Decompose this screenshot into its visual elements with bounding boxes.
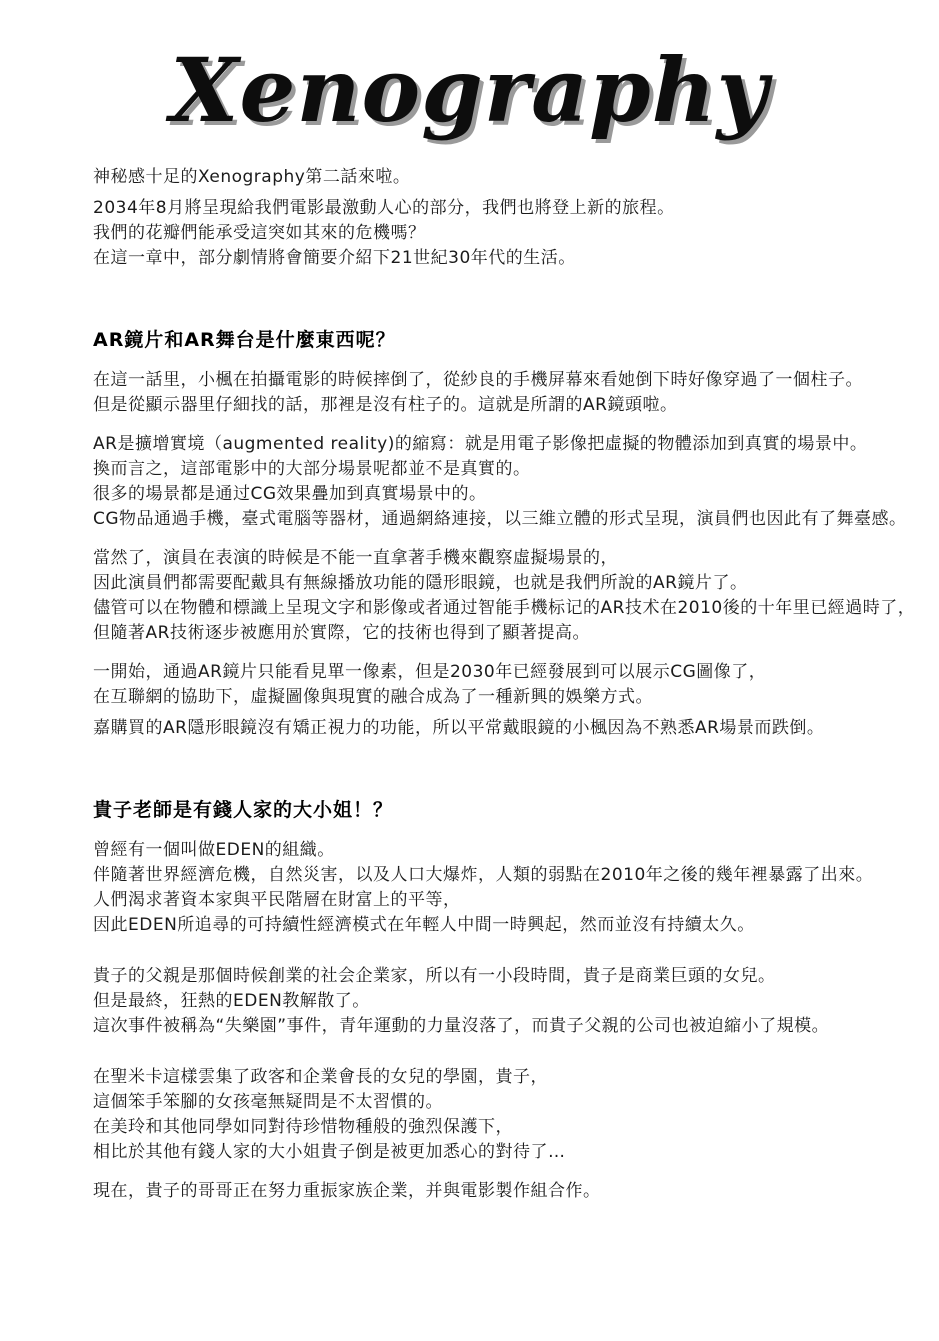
text-line: 因此演員們都需要配戴具有無線播放功能的隱形眼鏡，也就是我們所說的AR鏡片了。 xyxy=(93,571,903,596)
text-line: 在聖米卡這樣雲集了政客和企業會長的女兒的學園，貴子， xyxy=(93,1065,903,1090)
text-line: 但隨著AR技術逐步被應用於實際，它的技術也得到了顯著提高。 xyxy=(93,621,903,646)
page-title: Xenography xyxy=(0,42,939,139)
paragraph: AR是擴增實境（augmented reality)的縮寫：就是用電子影像把虛擬… xyxy=(93,432,903,532)
text-line: 貴子的父親是那個時候創業的社会企業家，所以有一小段時間，貴子是商業巨頭的女兒。 xyxy=(93,964,903,989)
text-line: CG物品通過手機，臺式電腦等器材，通過網絡連接，以三維立體的形式呈現，演員們也因… xyxy=(93,507,903,532)
paragraph: 嘉購買的AR隱形眼鏡沒有矯正視力的功能，所以平常戴眼鏡的小楓因為不熟悉AR場景而… xyxy=(93,716,903,741)
paragraph: 曾經有一個叫做EDEN的組織。 伴隨著世界經濟危機，自然災害，以及人口大爆炸，人… xyxy=(93,838,903,938)
text-line: 神秘感十足的Xenography第二話來啦。 xyxy=(93,165,903,190)
text-line: 但是從顯示器里仔細找的話，那裡是沒有柱子的。這就是所謂的AR鏡頭啦。 xyxy=(93,393,903,418)
text-line: 2034年8月將呈現給我們電影最激動人心的部分，我們也將登上新的旅程。 xyxy=(93,196,903,221)
text-line: 在這一話里，小楓在拍攝電影的時候摔倒了，從紗良的手機屏幕來看她倒下時好像穿過了一… xyxy=(93,368,903,393)
intro-paragraph: 2034年8月將呈現給我們電影最激動人心的部分，我們也將登上新的旅程。 我們的花… xyxy=(93,196,903,271)
text-line: 在互聯網的協助下，虛擬圖像與現實的融合成為了一種新興的娛樂方式。 xyxy=(93,685,903,710)
text-line: 人們渴求著資本家與平民階層在財富上的平等， xyxy=(93,888,903,913)
text-line: 嘉購買的AR隱形眼鏡沒有矯正視力的功能，所以平常戴眼鏡的小楓因為不熟悉AR場景而… xyxy=(93,716,903,741)
text-line: 一開始，通過AR鏡片只能看見單一像素，但是2030年已經發展到可以展示CG圖像了… xyxy=(93,660,903,685)
text-line: 但是最終，狂熱的EDEN教解散了。 xyxy=(93,989,903,1014)
text-line: 很多的場景都是通过CG效果疊加到真實場景中的。 xyxy=(93,482,903,507)
text-line: 這個笨手笨腳的女孩毫無疑問是不太習慣的。 xyxy=(93,1090,903,1115)
text-line: 因此EDEN所追尋的可持續性經濟模式在年輕人中間一時興起，然而並沒有持續太久。 xyxy=(93,913,903,938)
paragraph: 當然了，演員在表演的時候是不能一直拿著手機來觀察虛擬場景的， 因此演員們都需要配… xyxy=(93,546,903,646)
text-line: 這次事件被稱為“失樂園”事件，青年運動的力量沒落了，而貴子父親的公司也被迫縮小了… xyxy=(93,1014,903,1039)
document-page: Xenography 神秘感十足的Xenography第二話來啦。 2034年8… xyxy=(0,0,939,1341)
text-line: 當然了，演員在表演的時候是不能一直拿著手機來觀察虛擬場景的， xyxy=(93,546,903,571)
paragraph: 在這一話里，小楓在拍攝電影的時候摔倒了，從紗良的手機屏幕來看她倒下時好像穿過了一… xyxy=(93,368,903,418)
text-line: 伴隨著世界經濟危機，自然災害，以及人口大爆炸，人類的弱點在2010年之後的幾年裡… xyxy=(93,863,903,888)
text-line: 在這一章中，部分劇情將會簡要介紹下21世紀30年代的生活。 xyxy=(93,246,903,271)
text-line: 現在，貴子的哥哥正在努力重振家族企業，并與電影製作組合作。 xyxy=(93,1179,903,1204)
text-line: 相比於其他有錢人家的大小姐貴子倒是被更加悉心的對待了… xyxy=(93,1140,903,1165)
text-line: 曾經有一個叫做EDEN的組織。 xyxy=(93,838,903,863)
paragraph: 在聖米卡這樣雲集了政客和企業會長的女兒的學園，貴子， 這個笨手笨腳的女孩毫無疑問… xyxy=(93,1065,903,1165)
text-line: 在美玲和其他同學如同對待珍惜物種般的強烈保護下， xyxy=(93,1115,903,1140)
paragraph: 現在，貴子的哥哥正在努力重振家族企業，并與電影製作組合作。 xyxy=(93,1179,903,1204)
text-line: AR是擴增實境（augmented reality)的縮寫：就是用電子影像把虛擬… xyxy=(93,432,903,457)
section-heading-takako: 貴子老師是有錢人家的大小姐！？ xyxy=(93,795,903,822)
text-line: 我們的花瓣們能承受這突如其來的危機嗎？ xyxy=(93,221,903,246)
text-line: 換而言之，這部電影中的大部分場景呢都並不是真實的。 xyxy=(93,457,903,482)
document-body: 神秘感十足的Xenography第二話來啦。 2034年8月將呈現給我們電影最激… xyxy=(93,165,903,1204)
section-heading-ar: AR鏡片和AR舞台是什麼東西呢？ xyxy=(93,325,903,352)
paragraph: 貴子的父親是那個時候創業的社会企業家，所以有一小段時間，貴子是商業巨頭的女兒。 … xyxy=(93,964,903,1039)
text-line: 儘管可以在物體和標識上呈現文字和影像或者通过智能手機标记的AR技术在2010後的… xyxy=(93,596,903,621)
paragraph: 一開始，通過AR鏡片只能看見單一像素，但是2030年已經發展到可以展示CG圖像了… xyxy=(93,660,903,710)
intro-paragraph: 神秘感十足的Xenography第二話來啦。 xyxy=(93,165,903,190)
